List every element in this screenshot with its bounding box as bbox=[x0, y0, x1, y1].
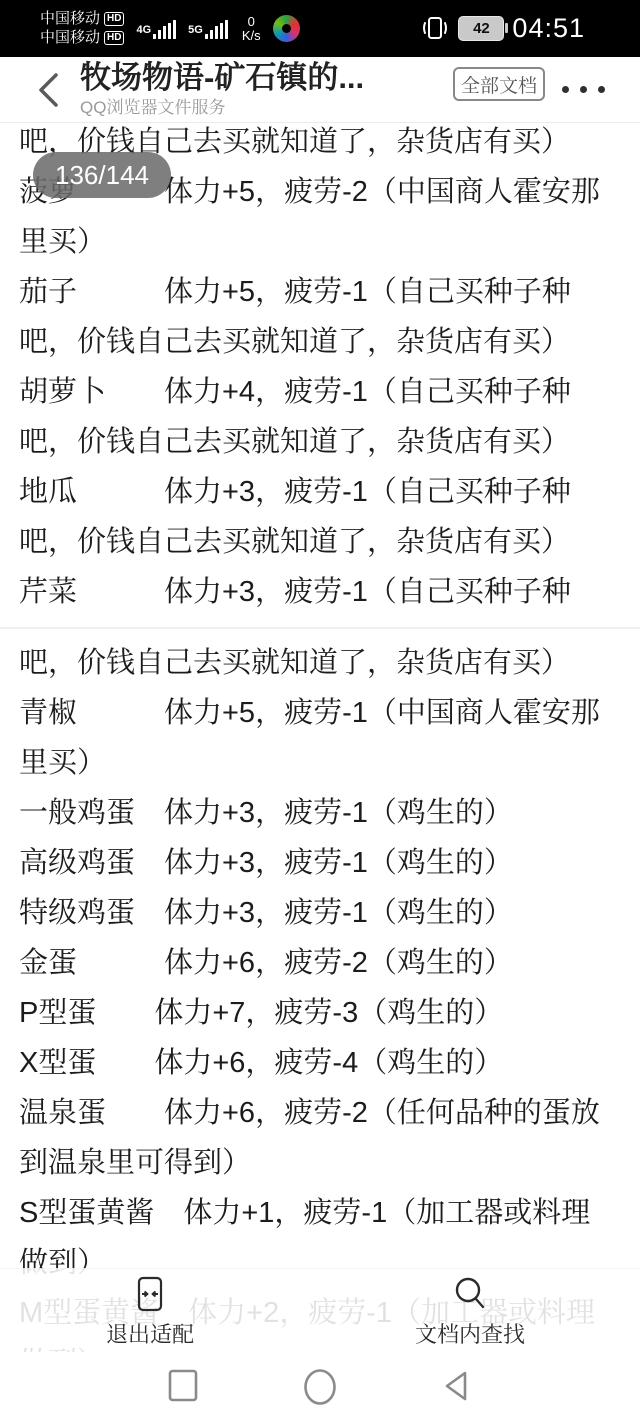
vibrate-icon bbox=[420, 14, 450, 44]
doc-line: 吧，价钱自己去买就知道了，杂货店有买） bbox=[0, 417, 640, 467]
doc-line: 金蛋 体力+6，疲劳-2（鸡生的） bbox=[0, 938, 640, 988]
doc-line: P型蛋 体力+7，疲劳-3（鸡生的） bbox=[0, 988, 640, 1038]
doc-line: X型蛋 体力+6，疲劳-4（鸡生的） bbox=[0, 1038, 640, 1088]
signal-4g: 4G bbox=[136, 19, 176, 39]
page-break-divider bbox=[0, 617, 640, 638]
doc-line: 茄子 体力+5，疲劳-1（自己买种子种 bbox=[0, 267, 640, 317]
doc-line: 高级鸡蛋 体力+3，疲劳-1（鸡生的） bbox=[0, 838, 640, 888]
document-viewport[interactable]: 吧，价钱自己去买就知道了，杂货店有买）菠萝 体力+5，疲劳-2（中国商人霍安那里… bbox=[0, 117, 640, 1388]
doc-line: 温泉蛋 体力+6，疲劳-2（任何品种的蛋放 bbox=[0, 1088, 640, 1138]
carrier-block: 中国移动 HD 中国移动 HD bbox=[40, 10, 124, 47]
home-icon[interactable] bbox=[303, 1368, 337, 1406]
speed-value: 0 bbox=[248, 15, 255, 29]
page-subtitle: QQ浏览器文件服务 bbox=[80, 97, 364, 118]
hd-icon: HD bbox=[104, 12, 124, 26]
speed-unit: K/s bbox=[242, 29, 261, 43]
battery-percent: 42 bbox=[473, 20, 490, 37]
all-documents-button[interactable]: 全部文档 bbox=[453, 67, 545, 101]
app-header: 牧场物语-矿石镇的... QQ浏览器文件服务 全部文档 bbox=[0, 57, 640, 123]
more-options-icon[interactable] bbox=[562, 86, 605, 93]
back-icon[interactable] bbox=[34, 70, 64, 110]
doc-line: 胡萝卜 体力+4，疲劳-1（自己买种子种 bbox=[0, 367, 640, 417]
recents-icon[interactable] bbox=[166, 1368, 200, 1404]
doc-line: 特级鸡蛋 体力+3，疲劳-1（鸡生的） bbox=[0, 888, 640, 938]
battery-icon: 42 bbox=[458, 16, 504, 41]
status-bar: 中国移动 HD 中国移动 HD 4G 5G 0 K/s 42 04:51 bbox=[0, 0, 640, 57]
exit-fit-label: 退出适配 bbox=[106, 1318, 194, 1349]
page-number-badge: 136/144 bbox=[33, 152, 171, 198]
running-app-icon bbox=[273, 15, 300, 42]
doc-line: 到温泉里可得到） bbox=[0, 1138, 640, 1188]
doc-line: 吧，价钱自己去买就知道了，杂货店有买） bbox=[0, 317, 640, 367]
doc-line: 吧，价钱自己去买就知道了，杂货店有买） bbox=[0, 638, 640, 688]
find-in-document-label: 文档内查找 bbox=[415, 1318, 525, 1349]
exit-fit-icon bbox=[131, 1275, 169, 1313]
doc-line: 里买） bbox=[0, 217, 640, 267]
network-type-label: 5G bbox=[188, 25, 203, 36]
doc-line: 一般鸡蛋 体力+3，疲劳-1（鸡生的） bbox=[0, 788, 640, 838]
reader-toolbar: 退出适配 文档内查找 bbox=[0, 1268, 640, 1353]
doc-line: 吧，价钱自己去买就知道了，杂货店有买） bbox=[0, 517, 640, 567]
network-type-label: 4G bbox=[136, 25, 151, 36]
signal-bars-icon bbox=[153, 19, 176, 39]
exit-fit-button[interactable]: 退出适配 bbox=[70, 1275, 230, 1349]
carrier-name-1: 中国移动 bbox=[40, 10, 100, 28]
hd-icon: HD bbox=[104, 31, 124, 45]
carrier-name-2: 中国移动 bbox=[40, 29, 100, 47]
doc-line: 芹菜 体力+3，疲劳-1（自己买种子种 bbox=[0, 567, 640, 617]
search-icon bbox=[451, 1275, 489, 1313]
find-in-document-button[interactable]: 文档内查找 bbox=[390, 1275, 550, 1349]
android-navigation-bar bbox=[0, 1352, 640, 1422]
signal-bars-icon bbox=[205, 19, 228, 39]
signal-5g: 5G bbox=[188, 19, 228, 39]
doc-line: 地瓜 体力+3，疲劳-1（自己买种子种 bbox=[0, 467, 640, 517]
doc-line: 里买） bbox=[0, 738, 640, 788]
status-clock: 04:51 bbox=[512, 13, 585, 44]
doc-line: S型蛋黄酱 体力+1，疲劳-1（加工器或料理 bbox=[0, 1188, 640, 1238]
network-speed: 0 K/s bbox=[242, 15, 261, 43]
back-nav-icon[interactable] bbox=[440, 1368, 472, 1404]
doc-line: 青椒 体力+5，疲劳-1（中国商人霍安那 bbox=[0, 688, 640, 738]
page-title: 牧场物语-矿石镇的... bbox=[80, 60, 364, 96]
